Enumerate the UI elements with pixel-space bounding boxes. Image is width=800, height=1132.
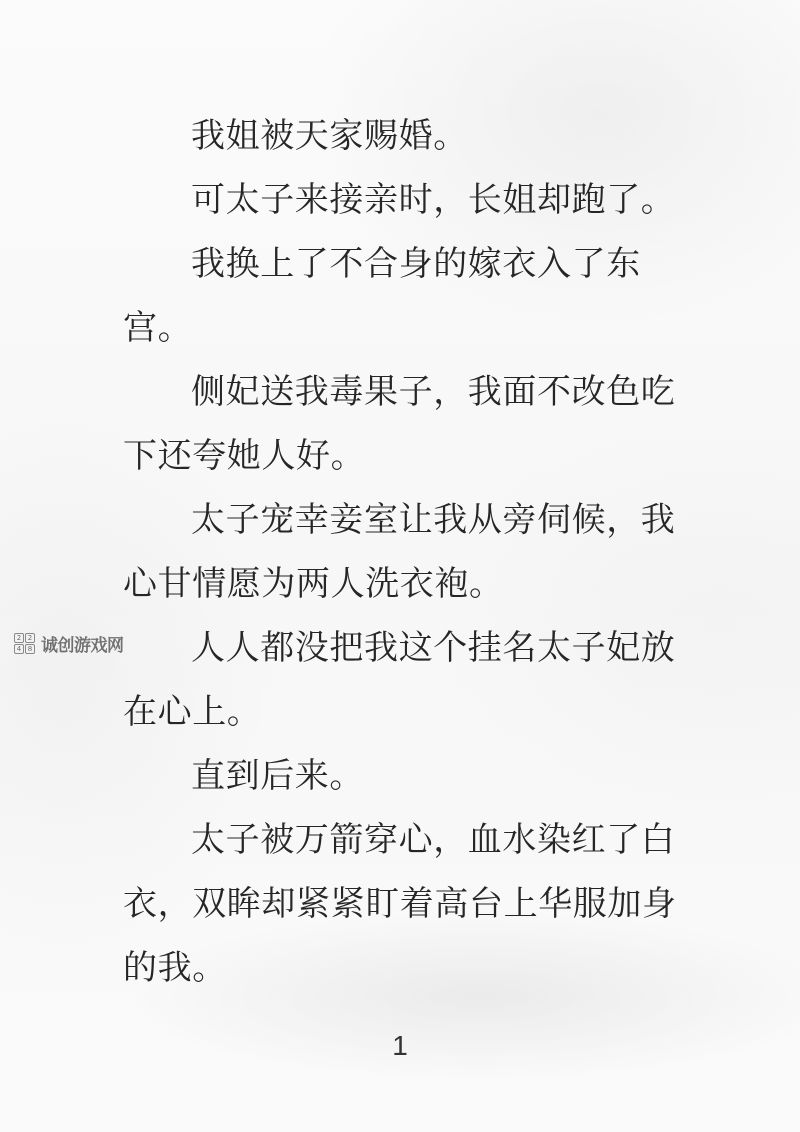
- logo-digit: 4: [14, 644, 24, 654]
- paragraph: 人人都没把我这个挂名太子妃放在心上。: [123, 616, 683, 744]
- watermark: 2 2 4 8 诚创游戏网: [14, 631, 124, 656]
- document-body: 我姐被天家赐婚。 可太子来接亲时，长姐却跑了。 我换上了不合身的嫁衣入了东宫。 …: [123, 104, 683, 1000]
- page-number: 1: [0, 1030, 800, 1062]
- paragraph: 我姐被天家赐婚。: [123, 104, 683, 168]
- paragraph: 我换上了不合身的嫁衣入了东宫。: [123, 232, 683, 360]
- logo-digit: 2: [25, 633, 35, 643]
- watermark-text: 诚创游戏网: [41, 631, 124, 656]
- paragraph: 直到后来。: [123, 744, 683, 808]
- paragraph: 侧妃送我毒果子，我面不改色吃下还夸她人好。: [123, 360, 683, 488]
- paragraph: 可太子来接亲时，长姐却跑了。: [123, 168, 683, 232]
- paragraph: 太子宠幸妾室让我从旁伺候，我心甘情愿为两人洗衣袍。: [123, 488, 683, 616]
- logo-digit: 8: [25, 644, 35, 654]
- paragraph: 太子被万箭穿心，血水染红了白衣，双眸却紧紧盯着高台上华服加身的我。: [123, 808, 683, 1000]
- watermark-logo-icon: 2 2 4 8: [14, 633, 35, 654]
- logo-digit: 2: [14, 633, 24, 643]
